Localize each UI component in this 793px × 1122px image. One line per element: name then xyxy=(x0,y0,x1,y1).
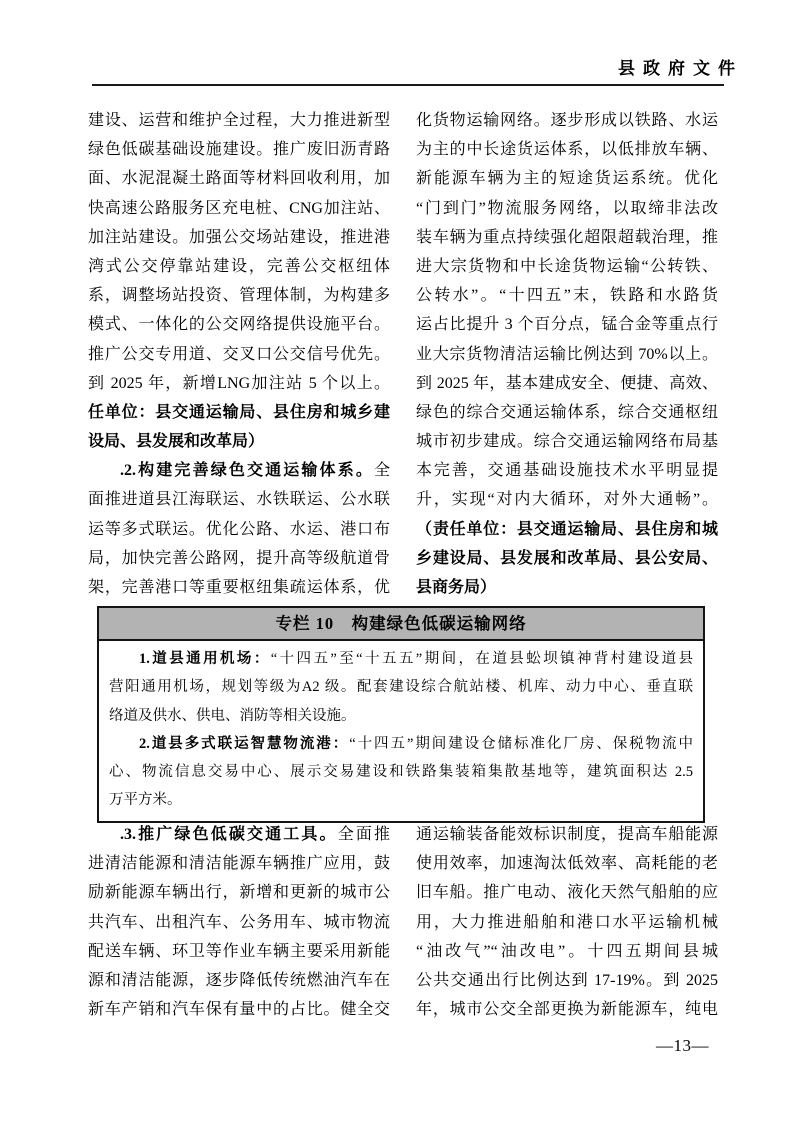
bold-text-segment: .2.构建完善绿色交通运输体系。 xyxy=(120,462,374,479)
bold-text-segment: 县商务局） xyxy=(416,579,496,596)
text-line: “门到门”物流服务网络，以取缔非法改 xyxy=(416,194,718,223)
text-segment: 模式、一体化的公交网络提供设施平台。 xyxy=(88,316,390,333)
text-segment: 通运输装备能效标识制度，提高车船能源 xyxy=(416,826,718,843)
text-segment: 进清洁能源和清洁能源车辆推广应用，鼓 xyxy=(88,855,390,872)
text-line: 到 2025 年，基本建成安全、便捷、高效、 xyxy=(416,369,718,398)
page-header-title: 县政府文件 xyxy=(618,54,743,79)
text-line: 心、物流信息交易中心、展示交易建设和铁路集装箱集散基地等，建筑面积达 2.5 xyxy=(109,758,693,786)
text-line: 使用效率，加速淘汰低效率、高耗能的老 xyxy=(416,849,718,878)
text-line: 模式、一体化的公交网络提供设施平台。 xyxy=(88,310,390,339)
document-page: 县政府文件 建设、运营和维护全过程，大力推进新型绿色低碳基础设施建设。推广废旧沥… xyxy=(0,0,793,1122)
feature-box-body: 1.道县通用机场：“十四五”至“十五五”期间，在道县蚣坝镇神背村建设道县营阳通用… xyxy=(99,641,703,821)
text-line: 面推进道县江海联运、水铁联运、公水联 xyxy=(88,485,390,514)
text-segment: “十四五”至“十五五”期间，在道县蚣坝镇神背村建设道县 xyxy=(271,651,693,667)
text-segment: 运等多式联运。优化公路、水运、港口布 xyxy=(88,521,390,538)
text-line: 新车产销和汽车保有量中的占比。健全交 xyxy=(88,995,390,1024)
text-segment: 快高速公路服务区充电桩、CNG加注站、LNG xyxy=(88,200,390,223)
text-line: 1.道县通用机场：“十四五”至“十五五”期间，在道县蚣坝镇神背村建设道县 xyxy=(109,645,693,673)
text-line: 运等多式联运。优化公路、水运、港口布 xyxy=(88,515,390,544)
text-line: 新能源车辆为主的短途货运系统。优化 xyxy=(416,164,718,193)
text-segment: 年，城市公交全部更换为新能源车，纯电 xyxy=(416,1001,718,1018)
text-segment: 湾式公交停靠站建设，完善公交枢纽体 xyxy=(88,258,390,275)
text-segment: 心、物流信息交易中心、展示交易建设和铁路集装箱集散基地等，建筑面积达 2.5 xyxy=(109,764,693,780)
lower-two-column-text: .3.推广绿色低碳交通工具。全面推进清洁能源和清洁能源车辆推广应用，鼓励新能源车… xyxy=(88,820,718,1024)
text-line: 2.道县多式联运智慧物流港：“十四五”期间建设仓储标准化厂房、保税物流中 xyxy=(109,730,693,758)
text-segment: 局，加快完善公路网，提升高等级航道骨 xyxy=(88,550,390,567)
text-segment: 装车辆为重点持续强化超限超载治理，推 xyxy=(416,229,718,246)
text-segment: 系，调整场站投资、管理体制，为构建多 xyxy=(88,287,390,304)
upper-left-column: 建设、运营和维护全过程，大力推进新型绿色低碳基础设施建设。推广废旧沥青路面、水泥… xyxy=(88,106,390,602)
lower-left-column: .3.推广绿色低碳交通工具。全面推进清洁能源和清洁能源车辆推广应用，鼓励新能源车… xyxy=(88,820,390,1024)
text-segment: 面、水泥混凝土路面等材料回收利用，加 xyxy=(88,170,390,187)
text-line: .3.推广绿色低碳交通工具。全面推 xyxy=(88,820,390,849)
text-line: 本完善，交通基础设施技术水平明显提 xyxy=(416,456,718,485)
text-segment: 绿色低碳基础设施建设。推广废旧沥青路 xyxy=(88,141,390,158)
bold-text-segment: 乡建设局、县发展和改革局、县公安局、 xyxy=(416,550,718,567)
text-line: 到 2025 年，新增LNG加注站 5 个以上。(责 xyxy=(88,369,390,398)
text-segment: 全面推 xyxy=(338,826,390,843)
page-number: —13— xyxy=(656,1036,709,1056)
text-line: 装车辆为重点持续强化超限超载治理，推 xyxy=(416,223,718,252)
text-segment: 使用效率，加速淘汰低效率、高耗能的老 xyxy=(416,855,718,872)
text-segment: 架，完善港口等重要枢纽集疏运体系，优 xyxy=(88,579,390,596)
text-segment: 绿色的综合交通运输体系，综合交通枢纽 xyxy=(416,404,718,421)
text-line: 业大宗货物清洁运输比例达到 70%以上。 xyxy=(416,340,718,369)
text-segment: 进大宗货物和中长途货物运输“公转铁、 xyxy=(416,258,718,275)
text-segment: 本完善，交通基础设施技术水平明显提 xyxy=(416,462,718,479)
text-segment: 共汽车、出租汽车、公务用车、城市物流 xyxy=(88,914,390,931)
text-line: 进大宗货物和中长途货物运输“公转铁、 xyxy=(416,252,718,281)
text-line: 建设、运营和维护全过程，大力推进新型 xyxy=(88,106,390,135)
text-line: 源和清洁能源，逐步降低传统燃油汽车在 xyxy=(88,966,390,995)
text-segment: 营阳通用机场，规划等级为A2 级。配套建设综合航站楼、机库、动力中心、垂直联 xyxy=(109,679,693,695)
text-line: 进清洁能源和清洁能源车辆推广应用，鼓 xyxy=(88,849,390,878)
text-segment: “十四五”期间建设仓储标准化厂房、保税物流中 xyxy=(349,736,693,752)
text-line: 励新能源车辆出行，新增和更新的城市公 xyxy=(88,878,390,907)
text-segment: 到 2025 年，新增LNG加注站 5 个以上。 xyxy=(88,375,390,392)
text-line: 用，大力推进船舶和港口水平运输机械 xyxy=(416,908,718,937)
header-rule xyxy=(92,84,724,86)
feature-box-title: 专栏 10 构建绿色低碳运输网络 xyxy=(99,608,703,641)
text-segment: 配送车辆、环卫等作业车辆主要采用新能 xyxy=(88,943,390,960)
text-segment: 化货物运输网络。逐步形成以铁路、水运 xyxy=(416,112,718,129)
text-segment: “门到门”物流服务网络，以取缔非法改 xyxy=(416,200,718,217)
bold-text-segment: .3.推广绿色低碳交通工具。 xyxy=(120,826,338,843)
text-segment: 升，实现“对内大循环，对外大通畅”。 xyxy=(416,491,718,508)
text-line: 设局、县发展和改革局） xyxy=(88,427,390,456)
text-segment: 业大宗货物清洁运输比例达到 70%以上。 xyxy=(416,346,718,363)
text-line: .2.构建完善绿色交通运输体系。全 xyxy=(88,456,390,485)
text-line: 营阳通用机场，规划等级为A2 级。配套建设综合航站楼、机库、动力中心、垂直联 xyxy=(109,673,693,701)
text-segment: 用，大力推进船舶和港口水平运输机械 xyxy=(416,914,718,931)
text-line: 公共交通出行比例达到 17-19%。到 2025 xyxy=(416,966,718,995)
text-line: 为主的中长途货运体系，以低排放车辆、 xyxy=(416,135,718,164)
text-segment: 为主的中长途货运体系，以低排放车辆、 xyxy=(416,141,718,158)
text-segment: 旧车船。推广电动、液化天然气船舶的应 xyxy=(416,884,718,901)
text-segment: 城市初步建成。综合交通运输网络布局基 xyxy=(416,433,718,450)
text-line: 化货物运输网络。逐步形成以铁路、水运 xyxy=(416,106,718,135)
text-segment: 面推进道县江海联运、水铁联运、公水联 xyxy=(88,491,390,508)
feature-box-column-10: 专栏 10 构建绿色低碳运输网络 1.道县通用机场：“十四五”至“十五五”期间，… xyxy=(97,606,705,823)
text-line: 架，完善港口等重要枢纽集疏运体系，优 xyxy=(88,573,390,602)
text-line: 面、水泥混凝土路面等材料回收利用，加 xyxy=(88,164,390,193)
text-segment: 络道及供水、供电、消防等相关设施。 xyxy=(109,708,356,724)
bold-text-segment: 2.道县多式联运智慧物流港： xyxy=(139,736,349,752)
text-line: 年，城市公交全部更换为新能源车，纯电 xyxy=(416,995,718,1024)
lower-right-column: 通运输装备能效标识制度，提高车船能源使用效率，加速淘汰低效率、高耗能的老旧车船。… xyxy=(416,820,718,1024)
text-segment: “油改气”“油改电”。十四五期间县城 xyxy=(416,943,718,960)
text-line: 公转水”。“十四五”末，铁路和水路货 xyxy=(416,281,718,310)
text-line: 乡建设局、县发展和改革局、县公安局、 xyxy=(416,544,718,573)
text-line: 推广公交专用道、交叉口公交信号优先。 xyxy=(88,340,390,369)
text-line: 共汽车、出租汽车、公务用车、城市物流 xyxy=(88,908,390,937)
text-segment: 源和清洁能源，逐步降低传统燃油汽车在 xyxy=(88,972,390,989)
text-line: 加注站建设。加强公交场站建设，推进港 xyxy=(88,223,390,252)
bold-text-segment: 1.道县通用机场： xyxy=(139,651,271,667)
text-line: 旧车船。推广电动、液化天然气船舶的应 xyxy=(416,878,718,907)
text-line: 配送车辆、环卫等作业车辆主要采用新能 xyxy=(88,937,390,966)
text-line: 城市初步建成。综合交通运输网络布局基 xyxy=(416,427,718,456)
text-line: 升，实现“对内大循环，对外大通畅”。 xyxy=(416,485,718,514)
text-segment: 公共交通出行比例达到 17-19%。到 2025 xyxy=(416,972,718,989)
text-line: 绿色的综合交通运输体系，综合交通枢纽 xyxy=(416,398,718,427)
text-line: 局，加快完善公路网，提升高等级航道骨 xyxy=(88,544,390,573)
text-line: 绿色低碳基础设施建设。推广废旧沥青路 xyxy=(88,135,390,164)
text-line: 络道及供水、供电、消防等相关设施。 xyxy=(109,702,693,730)
text-line: 任单位：县交通运输局、县住房和城乡建 xyxy=(88,398,390,427)
text-line: 湾式公交停靠站建设，完善公交枢纽体 xyxy=(88,252,390,281)
bold-text-segment: 任单位：县交通运输局、县住房和城乡建 xyxy=(88,404,390,421)
text-line: 系，调整场站投资、管理体制，为构建多 xyxy=(88,281,390,310)
text-line: 通运输装备能效标识制度，提高车船能源 xyxy=(416,820,718,849)
text-line: 县商务局） xyxy=(416,573,718,602)
bold-text-segment: （责任单位：县交通运输局、县住房和城 xyxy=(416,521,718,538)
text-line: 运占比提升 3 个百分点，锰合金等重点行 xyxy=(416,310,718,339)
text-segment: 万平方米。 xyxy=(109,792,182,808)
upper-right-column: 化货物运输网络。逐步形成以铁路、水运为主的中长途货运体系，以低排放车辆、新能源车… xyxy=(416,106,718,602)
text-segment: 加注站建设。加强公交场站建设，推进港 xyxy=(88,229,390,246)
text-segment: 建设、运营和维护全过程，大力推进新型 xyxy=(88,112,390,129)
text-segment: 推广公交专用道、交叉口公交信号优先。 xyxy=(88,346,390,363)
text-line: “油改气”“油改电”。十四五期间县城 xyxy=(416,937,718,966)
text-segment: 运占比提升 3 个百分点，锰合金等重点行 xyxy=(416,316,718,333)
text-segment: 公转水”。“十四五”末，铁路和水路货 xyxy=(416,287,718,304)
text-segment: 新能源车辆为主的短途货运系统。优化 xyxy=(416,170,718,187)
text-line: （责任单位：县交通运输局、县住房和城 xyxy=(416,515,718,544)
text-segment: 励新能源车辆出行，新增和更新的城市公 xyxy=(88,884,390,901)
bold-text-segment: 设局、县发展和改革局） xyxy=(88,433,264,450)
text-segment: 全 xyxy=(374,462,390,479)
text-segment: 到 2025 年，基本建成安全、便捷、高效、 xyxy=(416,375,718,392)
text-segment: 新车产销和汽车保有量中的占比。健全交 xyxy=(88,1001,390,1018)
text-line: 快高速公路服务区充电桩、CNG加注站、LNG xyxy=(88,194,390,223)
upper-two-column-text: 建设、运营和维护全过程，大力推进新型绿色低碳基础设施建设。推广废旧沥青路面、水泥… xyxy=(88,106,718,602)
text-line: 万平方米。 xyxy=(109,786,693,814)
